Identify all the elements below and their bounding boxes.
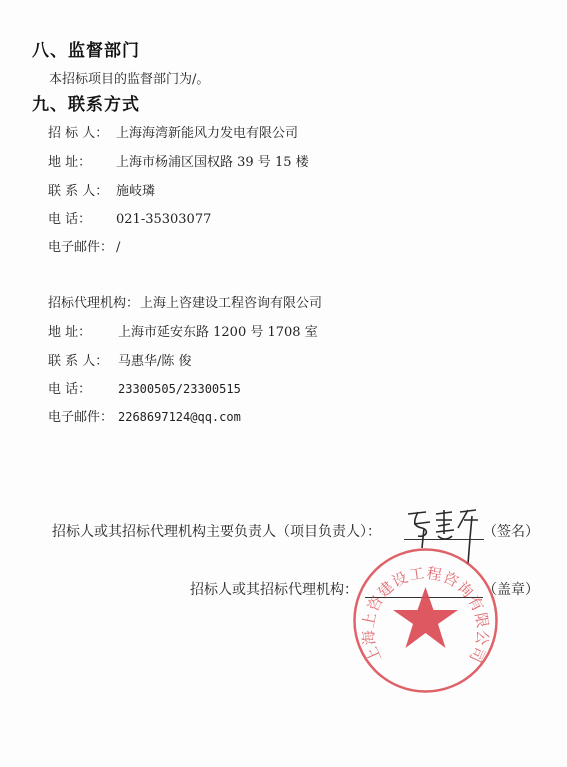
responsible-person-label: 招标人或其招标代理机构主要负责人（项目负责人）： — [52, 521, 381, 541]
sign-suffix: （签名） — [483, 521, 539, 541]
section-8-heading: 八、监督部门 — [32, 36, 140, 61]
star-icon — [393, 587, 458, 648]
tenderer-phone-value: 021-35303077 — [116, 212, 211, 227]
tenderer-email-label: 电子邮件： — [48, 236, 116, 255]
agency-name-label: 招标代理机构： — [48, 292, 140, 311]
tenderer-phone-row: 电 话：021-35303077 — [48, 208, 211, 227]
agency-email-value: 2268697124@qq.com — [118, 410, 241, 424]
tenderer-phone-label: 电 话： — [48, 208, 116, 227]
agency-email-row: 电子邮件：2268697124@qq.com — [48, 406, 241, 425]
tenderer-address-row: 地 址：上海市杨浦区国权路 39 号 15 楼 — [48, 151, 309, 170]
tenderer-name-label: 招 标 人： — [48, 122, 116, 141]
agency-contact-label: 联 系 人： — [48, 350, 118, 369]
agency-address-label: 地 址： — [48, 321, 118, 340]
tenderer-email-value: / — [116, 240, 120, 255]
organization-label: 招标人或其招标代理机构： — [190, 579, 358, 599]
tenderer-contact-value: 施岐璘 — [116, 184, 155, 199]
agency-name-row: 招标代理机构：上海上咨建设工程咨询有限公司 — [48, 292, 322, 311]
section-8-body: 本招标项目的监督部门为/。 — [49, 68, 209, 87]
agency-phone-value: 23300505/23300515 — [118, 382, 241, 396]
agency-address-value: 上海市延安东路 1200 号 1708 室 — [118, 325, 318, 340]
agency-address-row: 地 址：上海市延安东路 1200 号 1708 室 — [48, 321, 318, 340]
agency-name-value: 上海上咨建设工程咨询有限公司 — [140, 296, 322, 311]
tenderer-address-value: 上海市杨浦区国权路 39 号 15 楼 — [116, 155, 309, 170]
tenderer-contact-label: 联 系 人： — [48, 180, 116, 199]
agency-phone-row: 电 话：23300505/23300515 — [48, 378, 241, 397]
agency-contact-row: 联 系 人：马惠华/陈 俊 — [48, 350, 192, 369]
tenderer-address-label: 地 址： — [48, 151, 116, 170]
tenderer-name-value: 上海海湾新能风力发电有限公司 — [116, 126, 298, 141]
company-seal: 上海上咨建设工程咨询有限公司 — [352, 547, 499, 694]
tenderer-contact-row: 联 系 人：施岐璘 — [48, 180, 155, 199]
section-9-heading: 九、联系方式 — [32, 90, 140, 115]
agency-phone-label: 电 话： — [48, 378, 118, 397]
agency-contact-value: 马惠华/陈 俊 — [118, 354, 192, 369]
svg-text:马惠华: 马惠华 — [404, 506, 407, 507]
agency-email-label: 电子邮件： — [48, 406, 118, 425]
tenderer-name-row: 招 标 人：上海海湾新能风力发电有限公司 — [48, 122, 298, 141]
tenderer-email-row: 电子邮件：/ — [48, 236, 120, 255]
